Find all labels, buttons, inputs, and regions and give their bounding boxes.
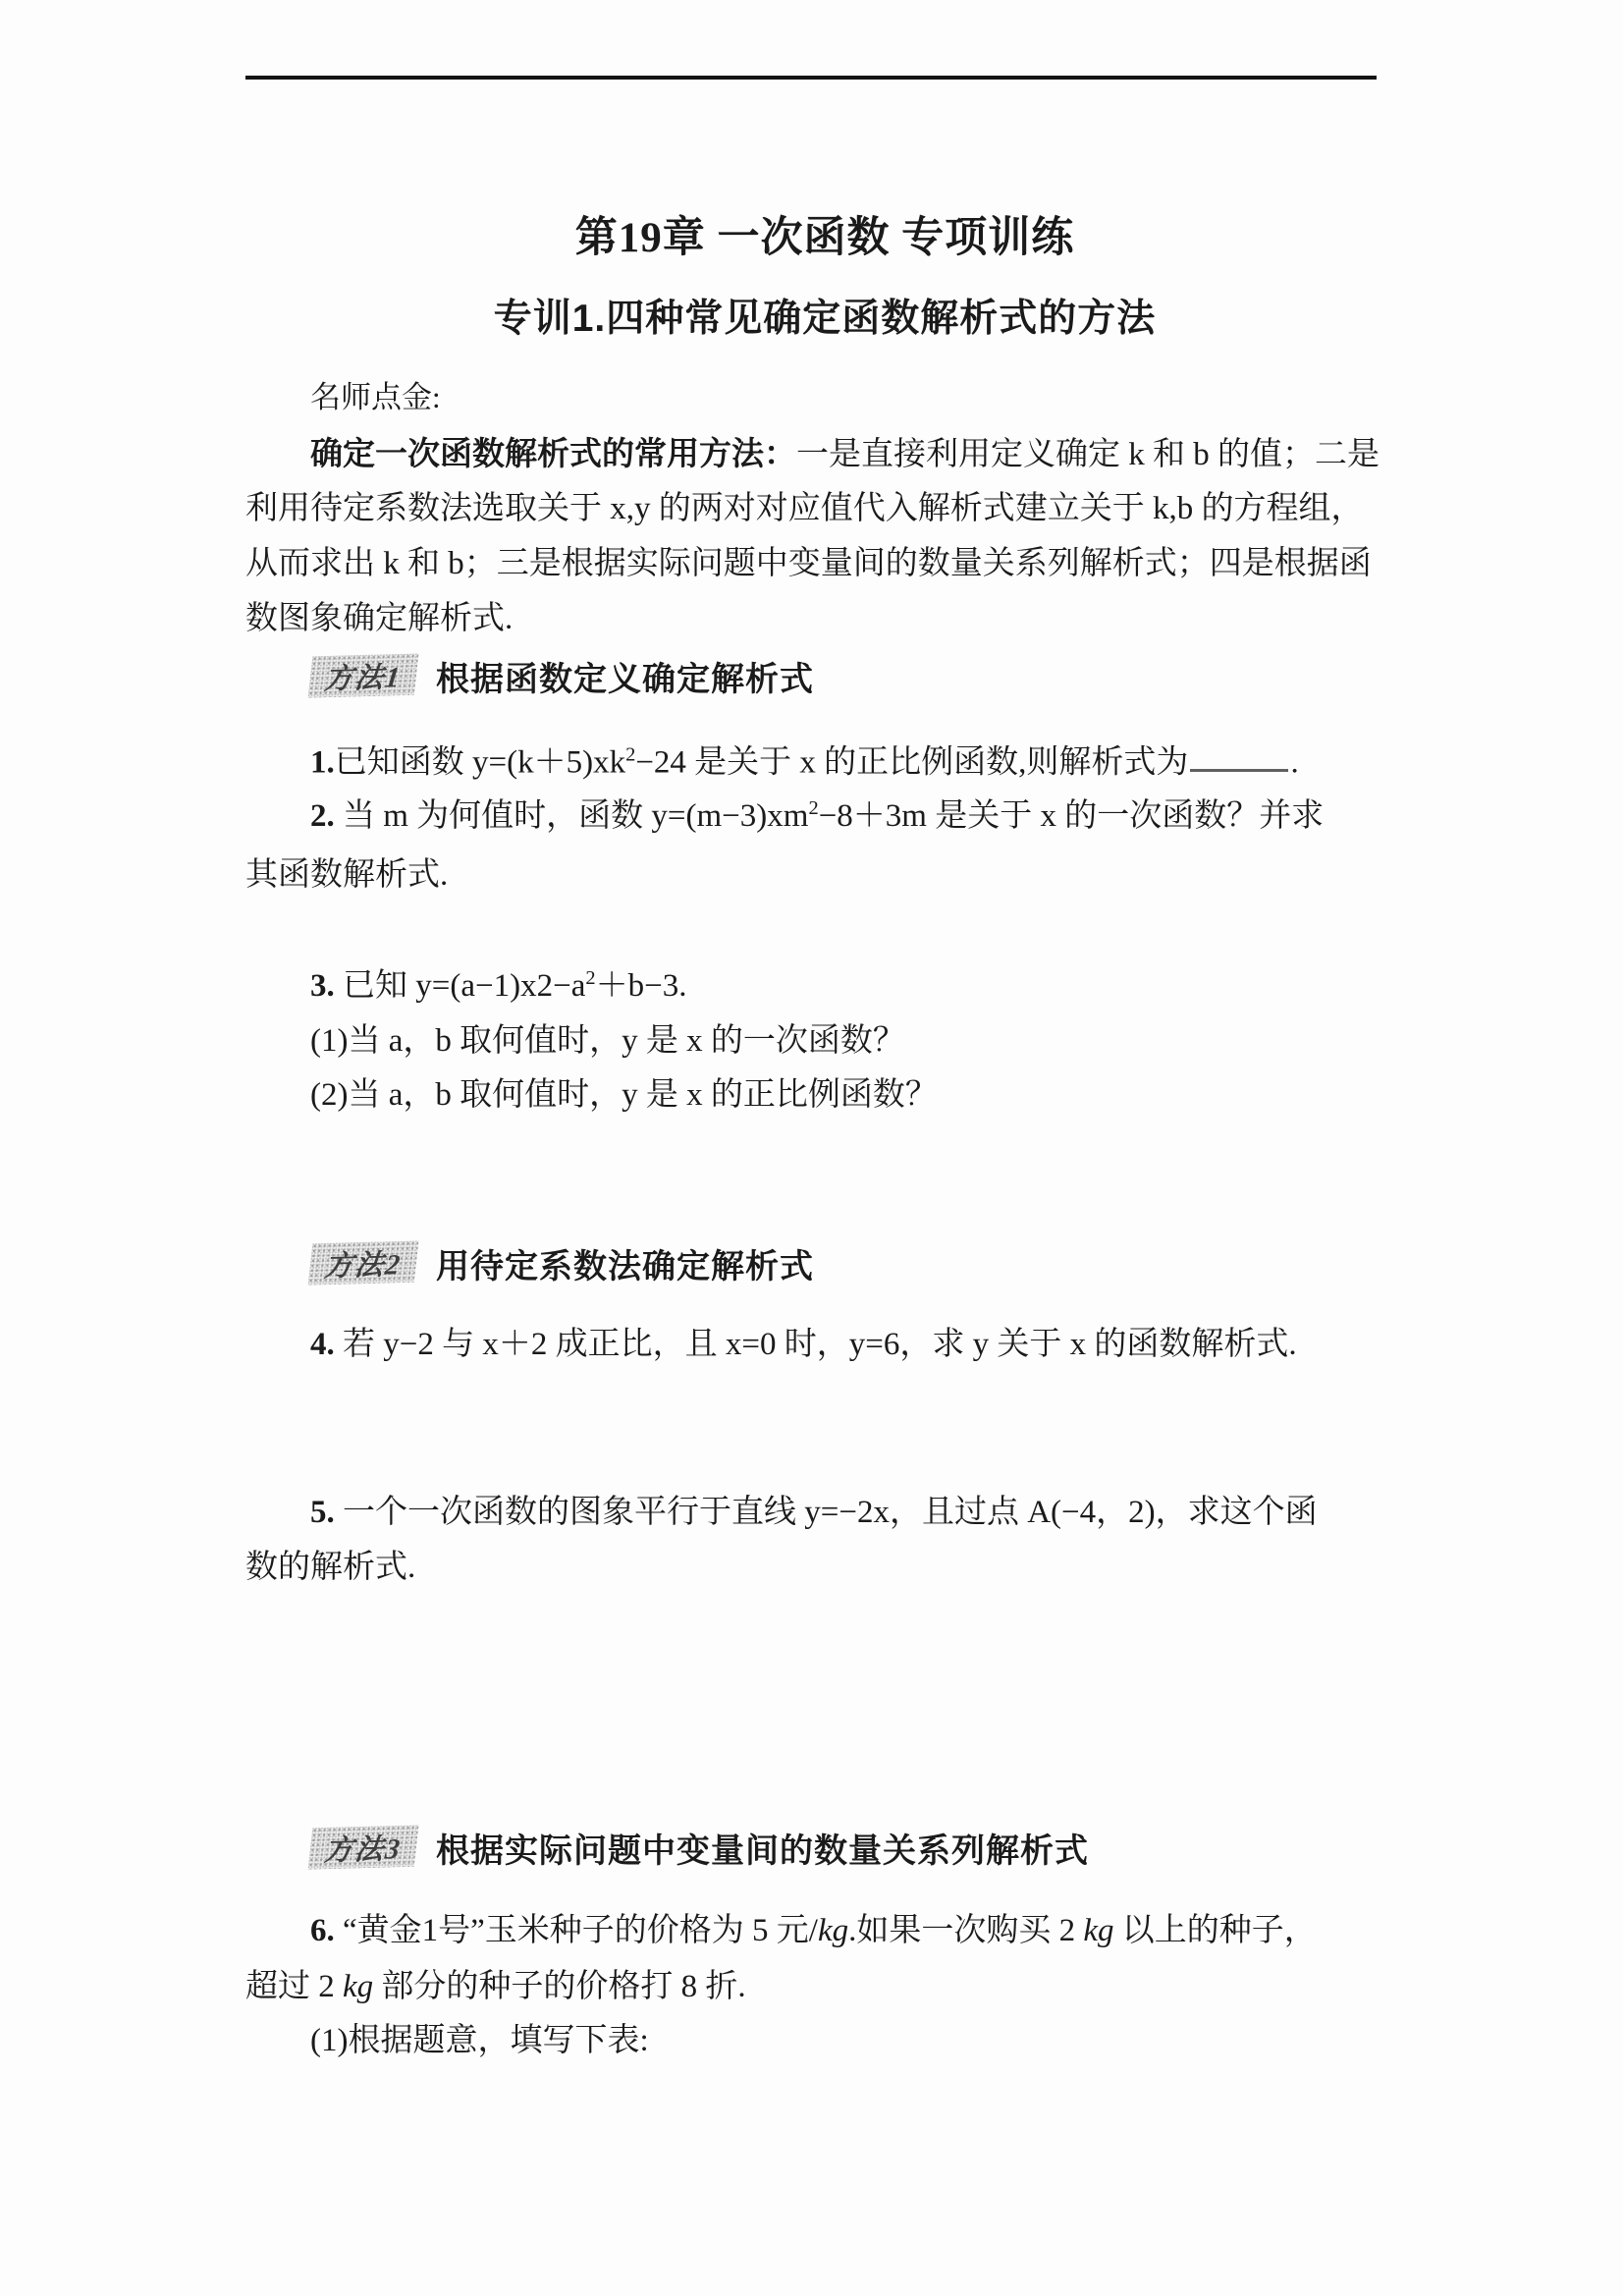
worksheet-page: 第19章 一次函数 专项训练 专训1.四种常见确定函数解析式的方法 名师点金: … bbox=[0, 0, 1623, 2296]
problem-5-line-2: 数的解析式. bbox=[245, 1546, 1409, 1590]
problem-3: 3. 已知 y=(a−1)x2−a2＋b−3. bbox=[245, 964, 1474, 1009]
problem-6-line-2: 超过 2 kg 部分的种子的价格打 8 折. bbox=[245, 1965, 1409, 2009]
page-title: 第19章 一次函数 专项训练 bbox=[245, 204, 1404, 264]
problem-3-sub-2: (2)当 a，b 取何值时，y 是 x 的正比例函数？ bbox=[245, 1073, 1474, 1118]
problem-1: 1.已知函数 y=(k＋5)xk2−24 是关于 x 的正比例函数,则解析式为. bbox=[245, 738, 1474, 785]
problem-4: 4. 若 y−2 与 x＋2 成正比，且 x=0 时，y=6，求 y 关于 x … bbox=[245, 1323, 1474, 1367]
page-subtitle: 专训1.四种常见确定函数解析式的方法 bbox=[245, 288, 1404, 343]
intro-line-1: 确定一次函数解析式的常用方法：一是直接利用定义确定 k 和 b 的值；二是 bbox=[245, 432, 1474, 477]
method-2-badge: 方法2 bbox=[308, 1241, 419, 1285]
intro-line-3: 从而求出 k 和 b；三是根据实际问题中变量间的数量关系列解析式；四是根据函 bbox=[245, 542, 1409, 586]
top-rule bbox=[245, 76, 1377, 80]
method-1-header: 方法1 根据函数定义确定解析式 bbox=[245, 652, 1409, 699]
problem-6-sub-1: (1)根据题意，填写下表: bbox=[245, 2019, 1474, 2063]
method-2-header: 方法2 用待定系数法确定解析式 bbox=[245, 1239, 1409, 1286]
problem-6-line-1: 6. “黄金1号”玉米种子的价格为 5 元/kg.如果一次购买 2 kg 以上的… bbox=[245, 1909, 1474, 1953]
method-3-badge: 方法3 bbox=[308, 1826, 419, 1870]
method-2-heading: 用待定系数法确定解析式 bbox=[436, 1239, 814, 1287]
method-3-heading: 根据实际问题中变量间的数量关系列解析式 bbox=[436, 1824, 1089, 1872]
problem-2-line-1: 2. 当 m 为何值时，函数 y=(m−3)xm2−8＋3m 是关于 x 的一次… bbox=[245, 794, 1474, 839]
note-label: 名师点金: bbox=[245, 377, 1474, 418]
method-1-heading: 根据函数定义确定解析式 bbox=[436, 652, 814, 700]
answer-blank bbox=[1190, 738, 1288, 772]
method-1-badge: 方法1 bbox=[308, 654, 419, 698]
problem-3-sub-1: (1)当 a，b 取何值时，y 是 x 的一次函数？ bbox=[245, 1019, 1474, 1064]
problem-5-line-1: 5. 一个一次函数的图象平行于直线 y=−2x，且过点 A(−4，2)，求这个函 bbox=[245, 1491, 1474, 1535]
intro-line-2: 利用待定系数法选取关于 x,y 的两对对应值代入解析式建立关于 k,b 的方程组… bbox=[245, 487, 1409, 531]
intro-line-4: 数图象确定解析式. bbox=[245, 597, 1409, 641]
problem-2-line-2: 其函数解析式. bbox=[245, 853, 1409, 898]
method-3-header: 方法3 根据实际问题中变量间的数量关系列解析式 bbox=[245, 1824, 1409, 1871]
